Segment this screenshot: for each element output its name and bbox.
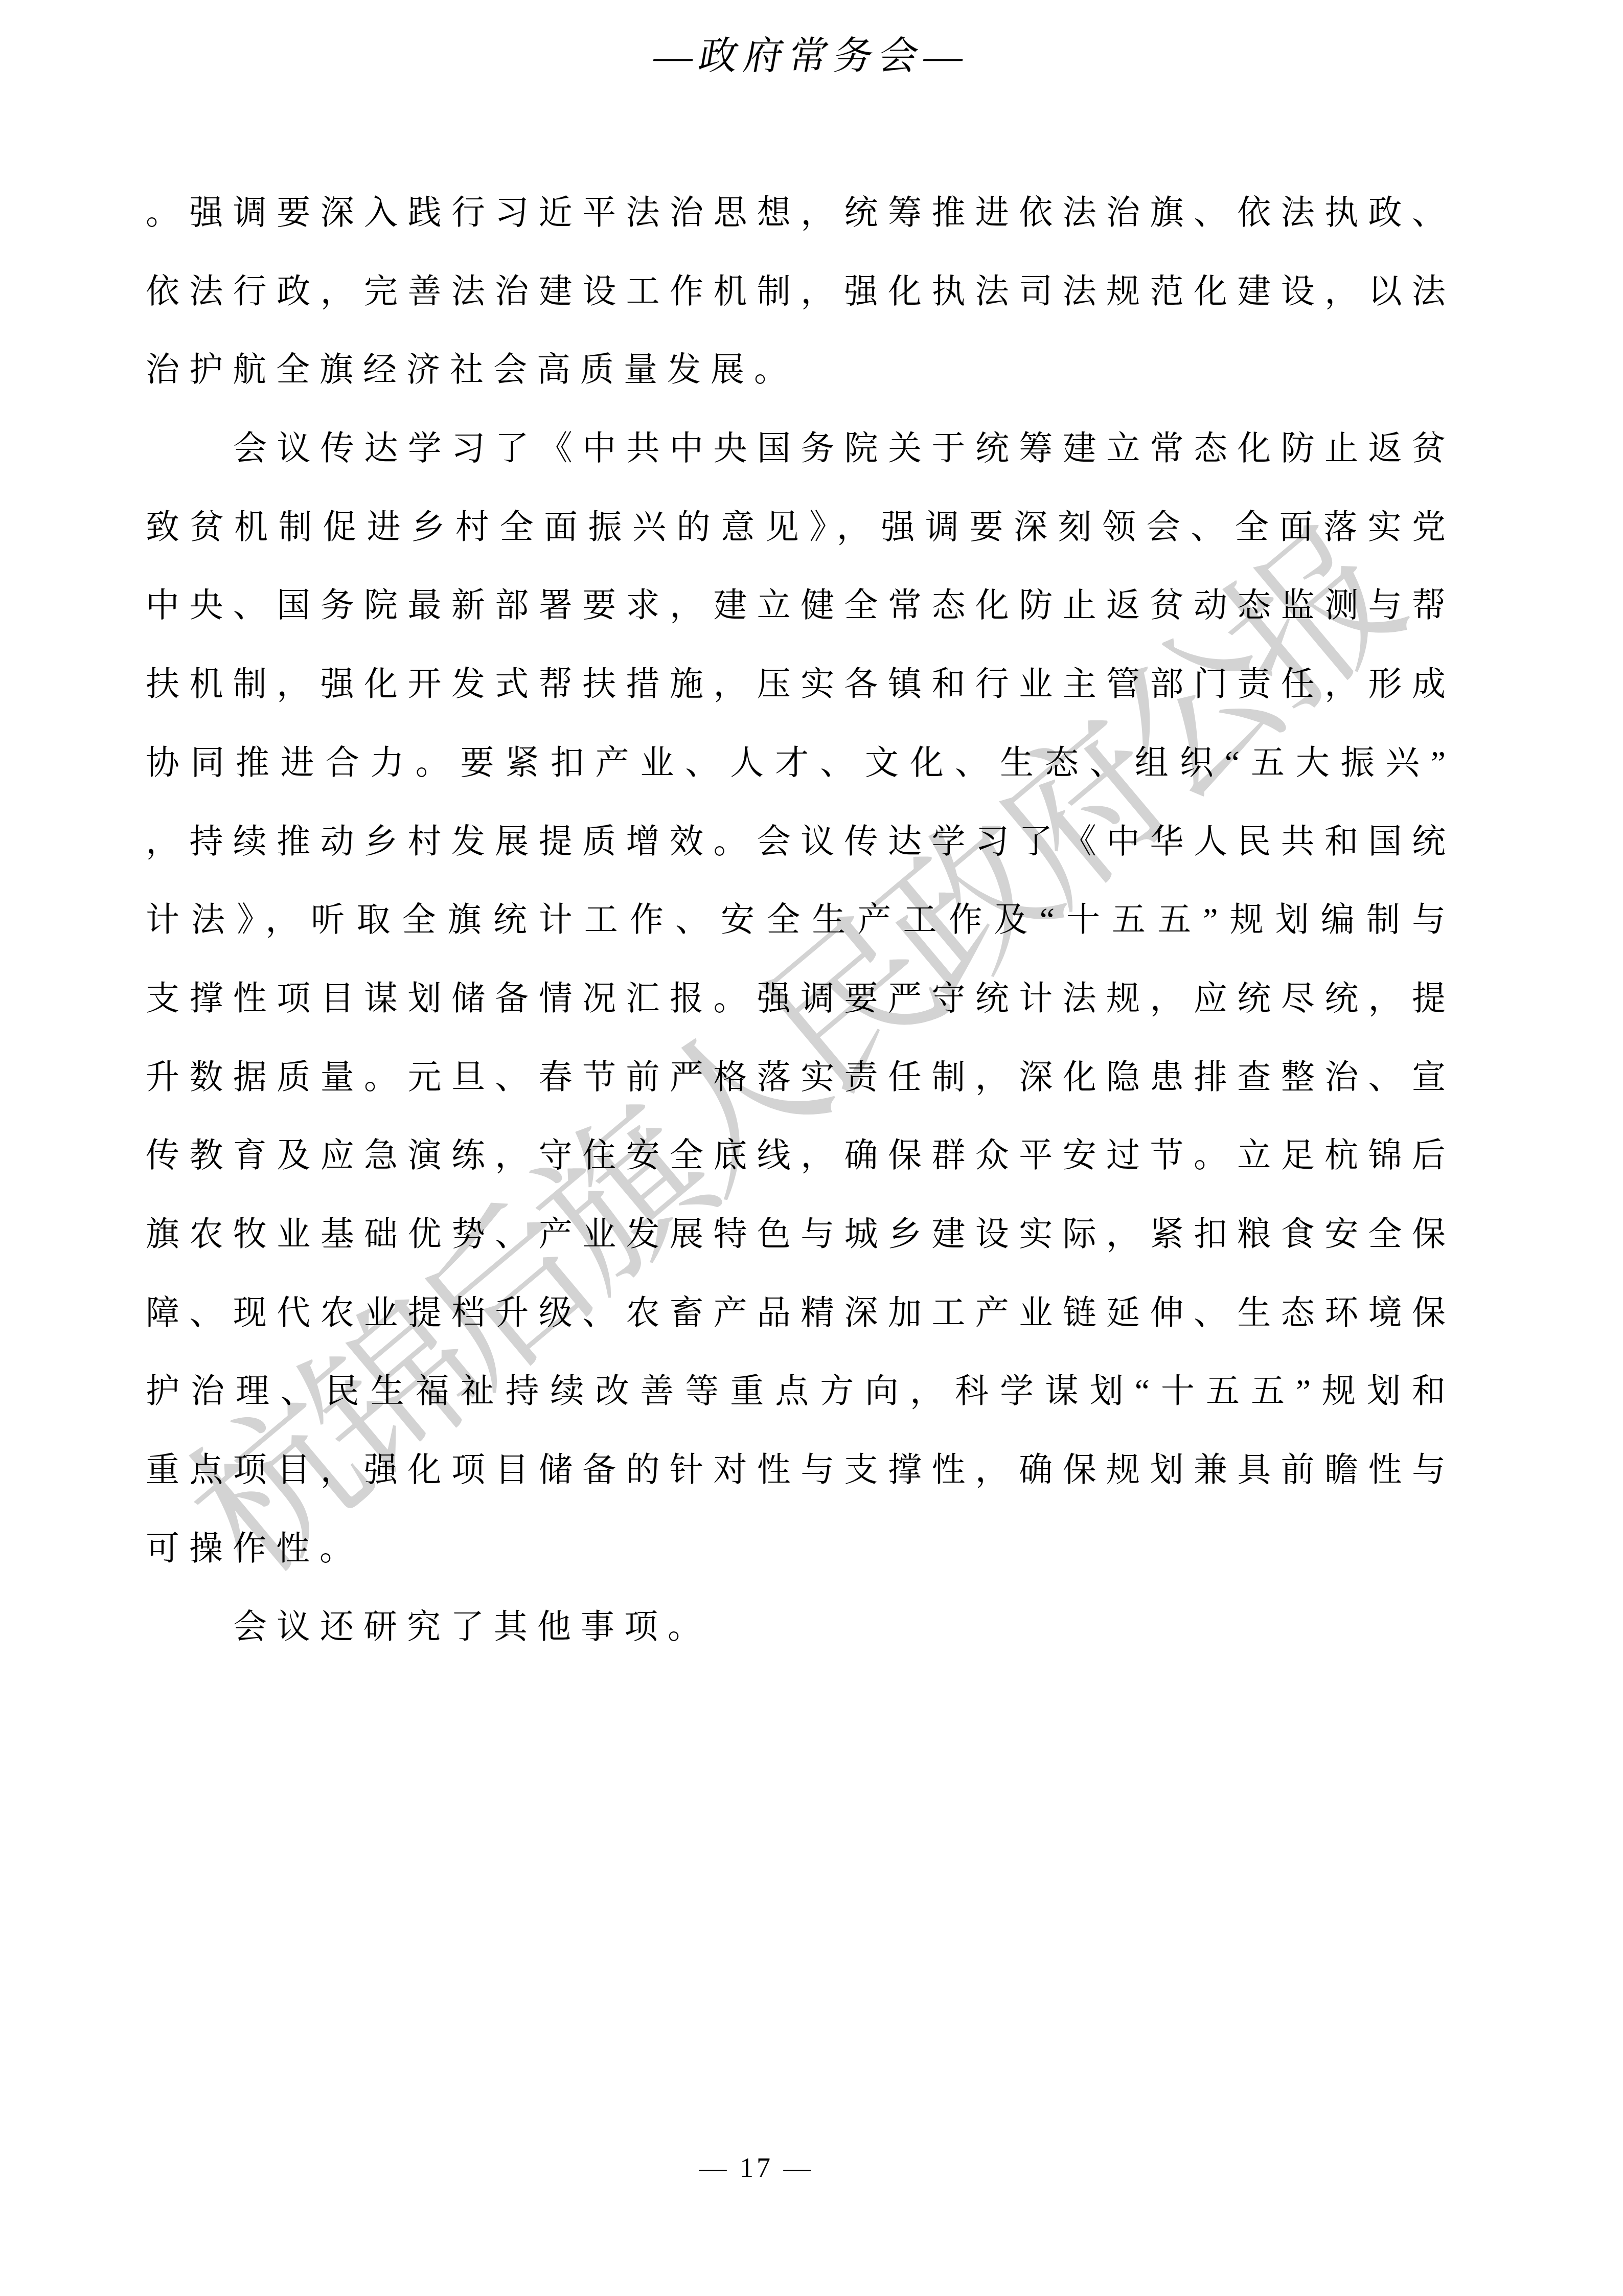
page-header: —政府常务会— (0, 20, 1623, 92)
body-line: 可操作性。 (146, 1510, 1455, 1588)
body-line: 协同推进合力。要紧扣产业、人才、文化、生态、组织“五大振兴” (146, 724, 1455, 803)
body-line: 会议还研究了其他事项。 (146, 1588, 1455, 1667)
body-line: 计法》，听取全旗统计工作、安全生产工作及“十五五”规划编制与 (146, 881, 1455, 960)
body-line: ，持续推动乡村发展提质增效。会议传达学习了《中华人民共和国统 (146, 803, 1455, 881)
body-line: 支撑性项目谋划储备情况汇报。强调要严守统计法规，应统尽统，提 (146, 960, 1455, 1038)
body-line: 重点项目，强化项目储备的针对性与支撑性，确保规划兼具前瞻性与 (146, 1431, 1455, 1510)
body-line: 中央、国务院最新部署要求，建立健全常态化防止返贫动态监测与帮 (146, 566, 1455, 645)
body-line: 障、现代农业提档升级、农畜产品精深加工产业链延伸、生态环境保 (146, 1274, 1455, 1353)
body-line: 致贫机制促进乡村全面振兴的意见》，强调要深刻领会、全面落实党 (146, 488, 1455, 567)
page-header-title: —政府常务会— (648, 20, 975, 92)
body-line: 扶机制，强化开发式帮扶措施，压实各镇和行业主管部门责任，形成 (146, 645, 1455, 724)
body-line: 。强调要深入践行习近平法治思想，统筹推进依法治旗、依法执政、 (146, 174, 1455, 253)
body-line: 会议传达学习了《中共中央国务院关于统筹建立常态化防止返贫 (146, 410, 1455, 488)
body-line: 依法行政，完善法治建设工作机制，强化执法司法规范化建设，以法 (146, 253, 1455, 331)
page-number: — 17 — (603, 2131, 910, 2204)
body-line: 旗农牧业基础优势、产业发展特色与城乡建设实际，紧扣粮食安全保 (146, 1195, 1455, 1274)
body-line: 治护航全旗经济社会高质量发展。 (146, 331, 1455, 410)
body-line: 传教育及应急演练，守住安全底线，确保群众平安过节。立足杭锦后 (146, 1117, 1455, 1195)
gazette-page: 杭锦后旗人民政府公报 —政府常务会— 。强调要深入践行习近平法治思想，统筹推进依… (0, 0, 1623, 2296)
document-body: 。强调要深入践行习近平法治思想，统筹推进依法治旗、依法执政、依法行政，完善法治建… (146, 174, 1455, 1667)
body-line: 护治理、民生福祉持续改善等重点方向，科学谋划“十五五”规划和 (146, 1352, 1455, 1431)
body-line: 升数据质量。元旦、春节前严格落实责任制，深化隐患排查整治、宣 (146, 1038, 1455, 1117)
